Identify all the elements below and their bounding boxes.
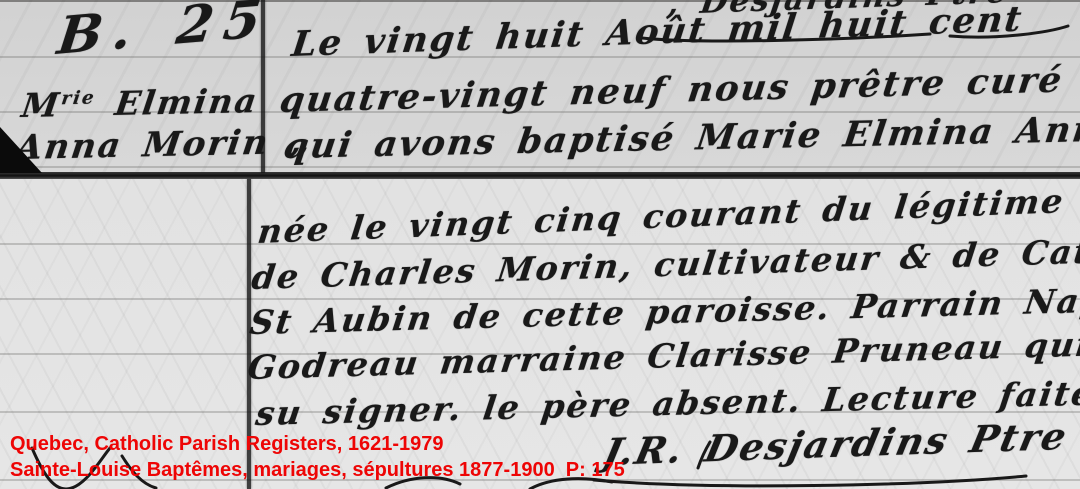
citation-line2: Sainte-Louise Baptêmes, mariages, sépult… [10,459,625,481]
register-scan-image: B. 25 Mrie Elmina Anna Morin „ , Desjard… [0,0,1080,489]
name-rest: Elmina [92,81,261,123]
top-scan-strip: B. 25 Mrie Elmina Anna Morin „ , Desjard… [0,0,1080,173]
pen-stroke-fragment [690,440,720,470]
citation-overlay: Quebec, Catholic Parish Registers, 1621-… [10,431,625,483]
margin-rule-line [261,0,265,173]
scan-seam [0,172,1080,179]
citation-line1: Quebec, Catholic Parish Registers, 1621-… [10,433,444,455]
name-initial: M [19,85,63,125]
margin-name-line2: Anna Morin „ [13,122,314,168]
name-text: Anna Morin [13,123,272,168]
signature-underline-flourish [590,472,1030,489]
margin-name-line1: Mrie Elmina [19,81,261,125]
ruled-line [0,166,1080,168]
name-superscript: rie [60,87,97,109]
